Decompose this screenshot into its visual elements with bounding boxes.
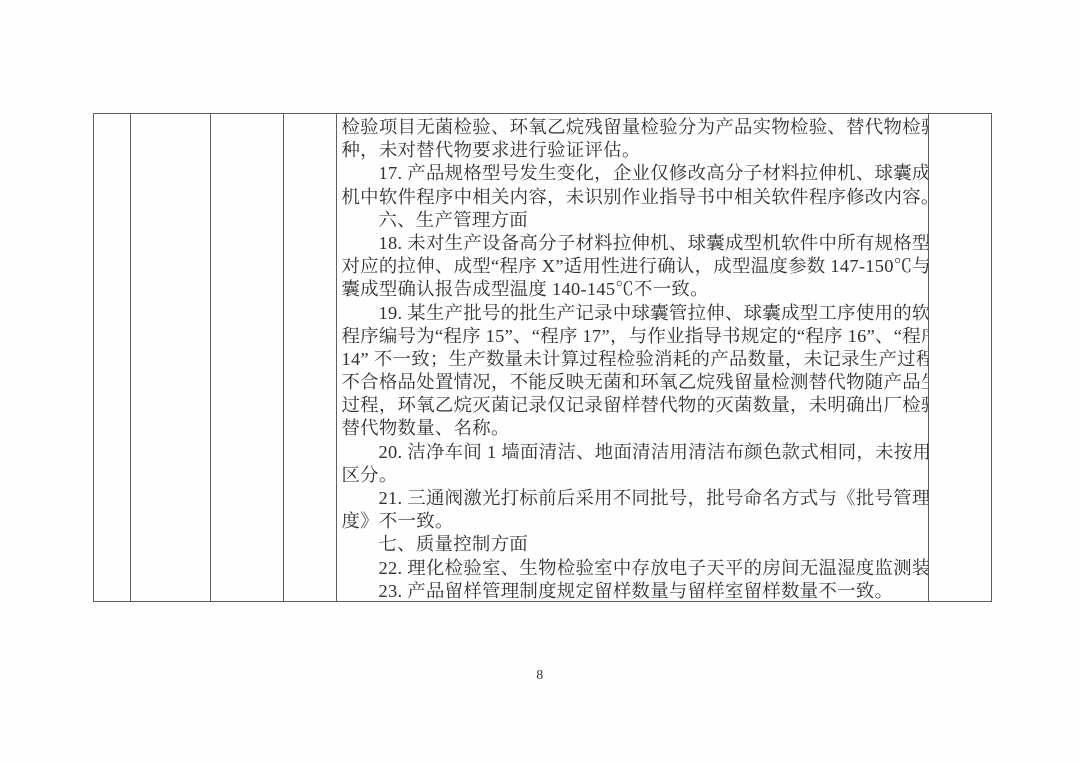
table-column-empty-4 (284, 114, 338, 601)
table-column-empty-3 (211, 114, 284, 601)
text-line: 程序编号为“程序 15”、“程序 17”，与作业指导书规定的“程序 16”、“程… (341, 325, 924, 348)
text-line: 种，未对替代物要求进行验证评估。 (341, 139, 924, 162)
text-line: 不合格品处置情况，不能反映无菌和环氧乙烷残留量检测替代物随产品生产 (341, 371, 924, 394)
text-line: 机中软件程序中相关内容，未识别作业指导书中相关软件程序修改内容。 (341, 186, 924, 209)
document-page: 检验项目无菌检验、环氧乙烷残留量检验分为产品实物检验、替代物检验两种，未对替代物… (0, 0, 1080, 764)
text-line: 18. 未对生产设备高分子材料拉伸机、球囊成型机软件中所有规格型号 (341, 232, 924, 255)
text-line: 囊成型确认报告成型温度 140-145℃不一致。 (341, 278, 924, 301)
text-line: 20. 洁净车间 1 墙面清洁、地面清洁用清洁布颜色款式相同，未按用途 (341, 441, 924, 464)
page-number: 8 (0, 668, 1080, 684)
findings-text-cell: 检验项目无菌检验、环氧乙烷残留量检验分为产品实物检验、替代物检验两种，未对替代物… (337, 114, 929, 601)
table-column-empty-1 (94, 114, 131, 601)
text-line: 22. 理化检验室、生物检验室中存放电子天平的房间无温湿度监测装置。 (341, 557, 924, 580)
text-line: 七、质量控制方面 (341, 533, 924, 556)
table-column-empty-right (929, 114, 991, 601)
text-line: 度》不一致。 (341, 510, 924, 533)
text-line: 区分。 (341, 464, 924, 487)
text-line: 17. 产品规格型号发生变化，企业仅修改高分子材料拉伸机、球囊成型 (341, 162, 924, 185)
text-line: 23. 产品留样管理制度规定留样数量与留样室留样数量不一致。 (341, 580, 924, 601)
text-line: 检验项目无菌检验、环氧乙烷残留量检验分为产品实物检验、替代物检验两 (341, 116, 924, 139)
text-line: 过程，环氧乙烷灭菌记录仅记录留样替代物的灭菌数量，未明确出厂检验用 (341, 394, 924, 417)
text-line: 14” 不一致；生产数量未计算过程检验消耗的产品数量，未记录生产过程中 (341, 348, 924, 371)
text-line: 替代物数量、名称。 (341, 417, 924, 440)
text-line: 21. 三通阀激光打标前后采用不同批号，批号命名方式与《批号管理制 (341, 487, 924, 510)
text-line: 对应的拉伸、成型“程序 X”适用性进行确认，成型温度参数 147-150℃与球 (341, 255, 924, 278)
inspection-findings-table: 检验项目无菌检验、环氧乙烷残留量检验分为产品实物检验、替代物检验两种，未对替代物… (93, 113, 992, 602)
text-line: 19. 某生产批号的批生产记录中球囊管拉伸、球囊成型工序使用的软件 (341, 302, 924, 325)
table-column-empty-2 (131, 114, 211, 601)
text-line: 六、生产管理方面 (341, 209, 924, 232)
